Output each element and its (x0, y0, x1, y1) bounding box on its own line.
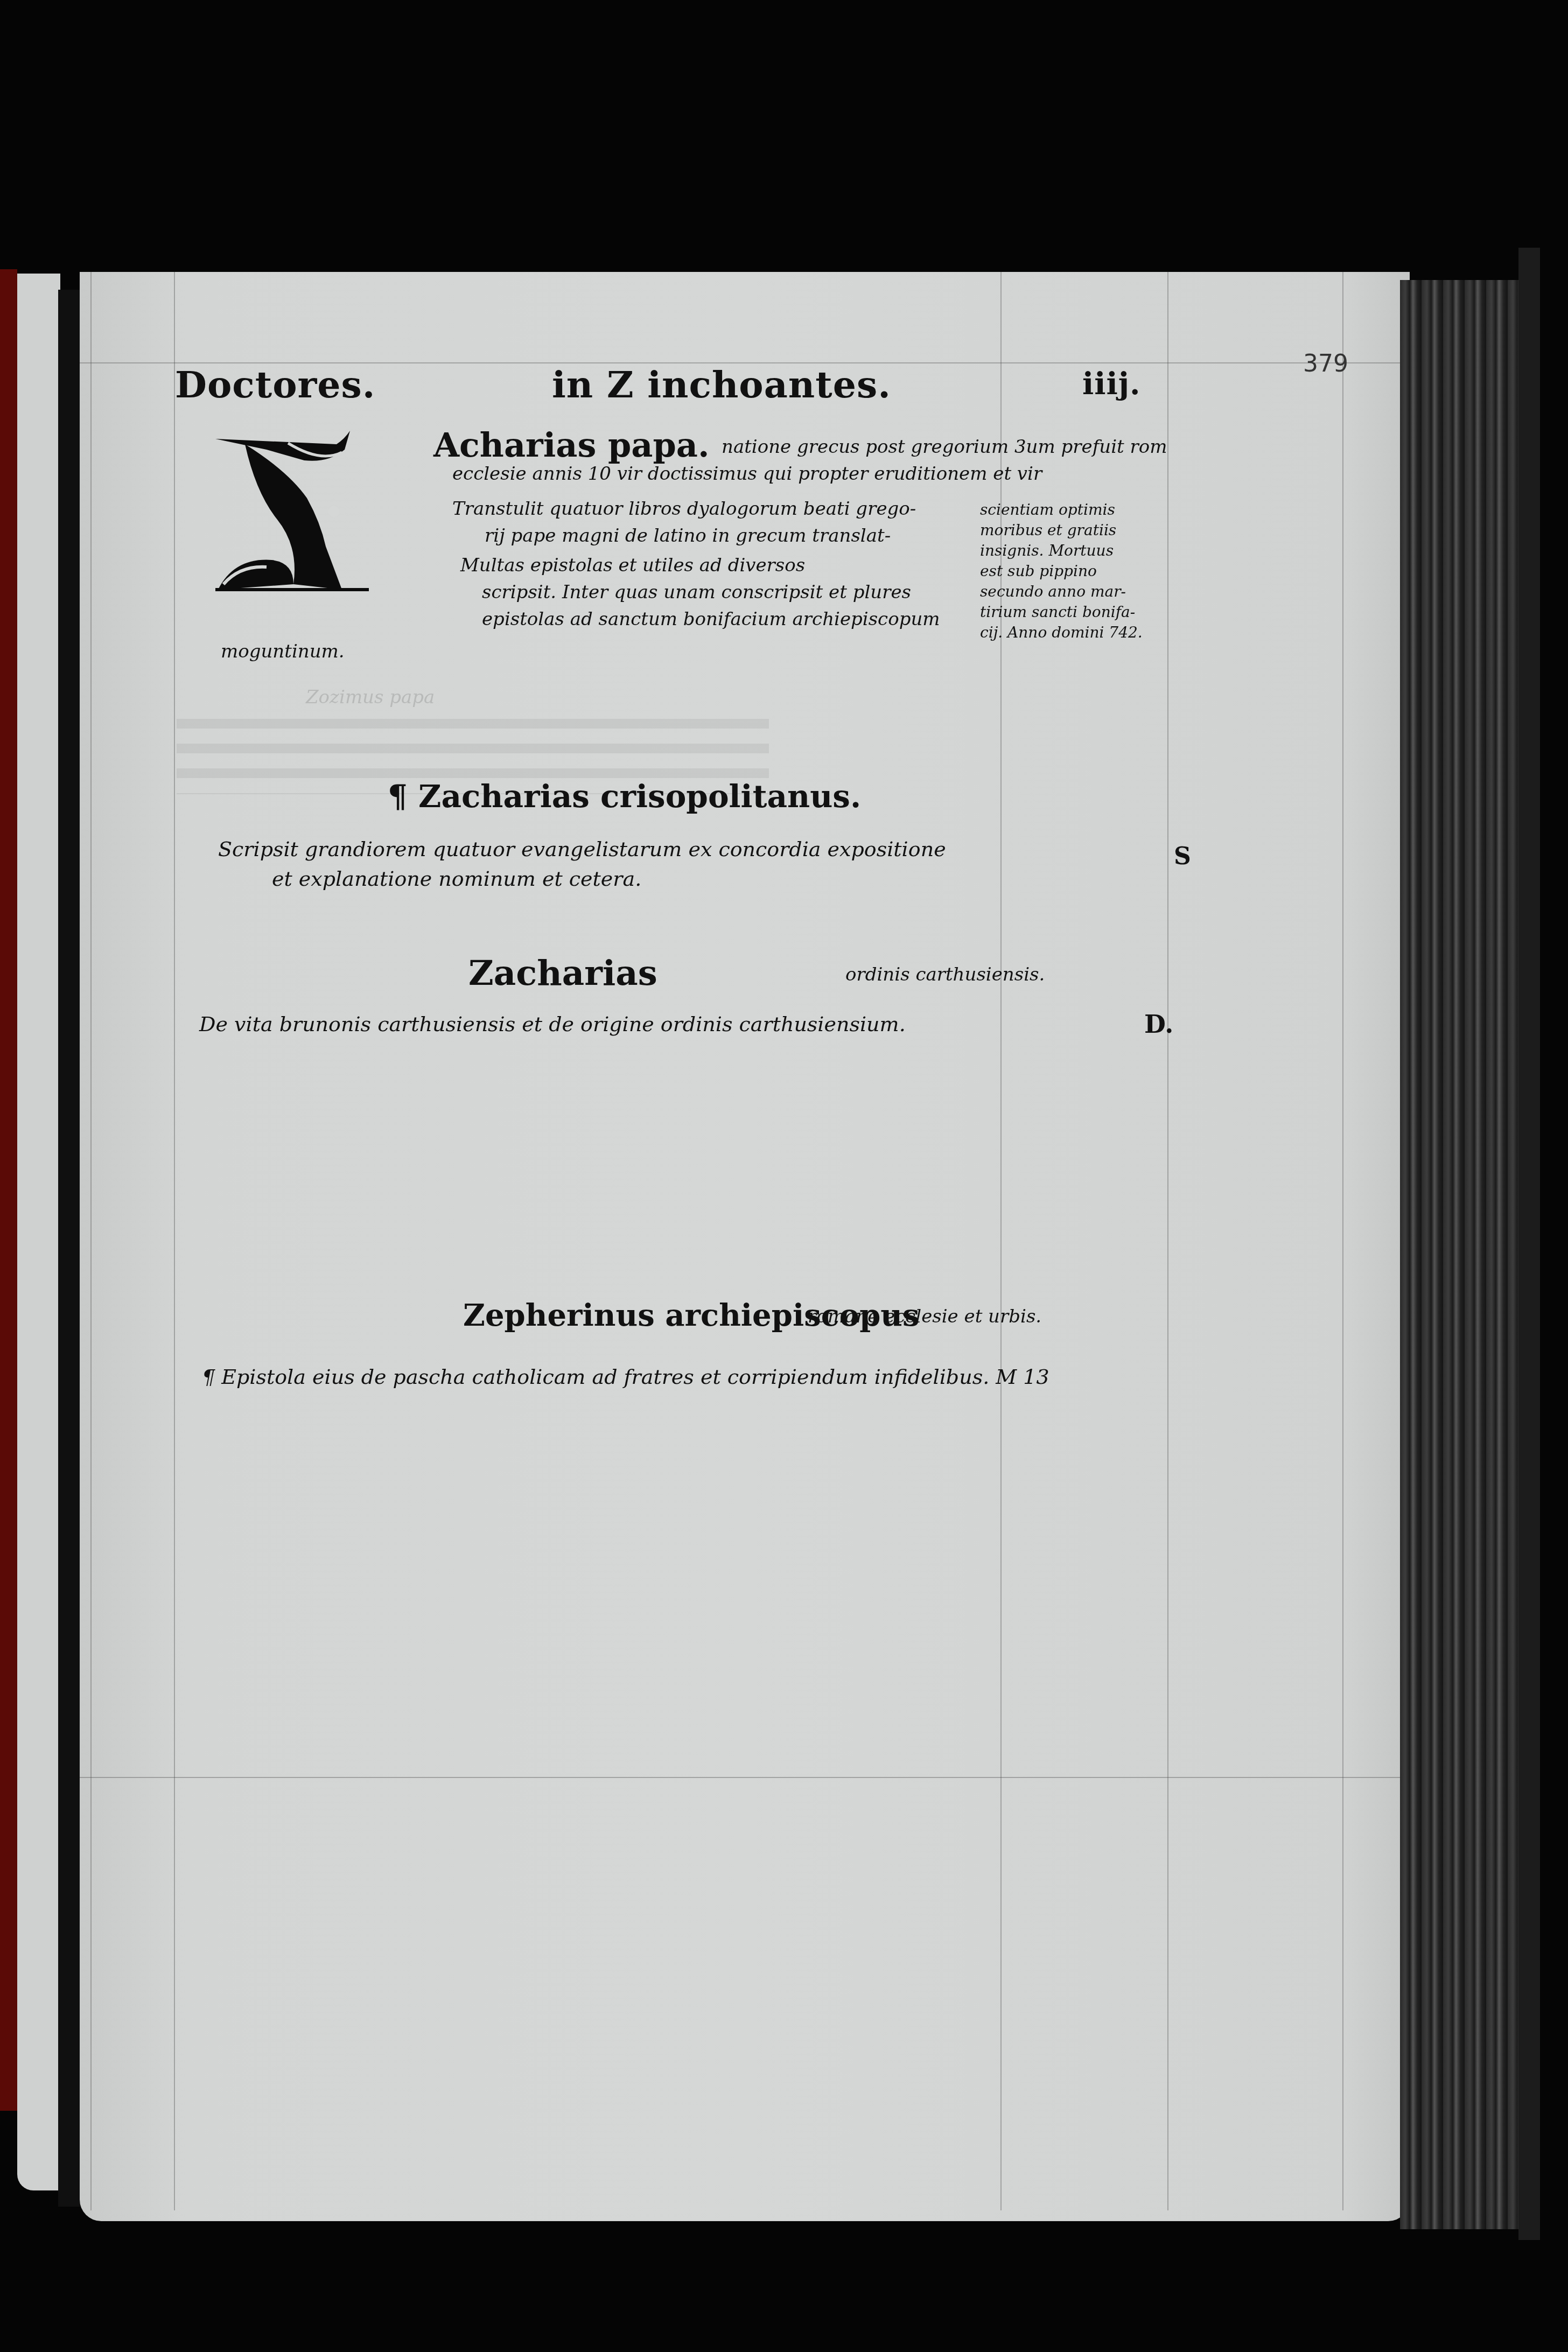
side-note-line: est sub pippino (980, 562, 1097, 580)
entry-title-zacharias-papa: Acharias papa. (433, 425, 710, 465)
margin-note: moguntinum. (221, 641, 345, 662)
initial-z-icon (213, 428, 444, 606)
entry-line: et explanatione nominum et cetera. (272, 867, 641, 891)
entry-line: natione grecus post gregorium 3um prefui… (722, 436, 1167, 458)
ruling-line-right-outer (1342, 272, 1343, 2210)
left-facing-page (17, 274, 60, 2190)
binding-edge (1518, 248, 1540, 2240)
side-note-line: cij. Anno domini 742. (980, 624, 1143, 641)
entry-subtitle: romane ecclesie et urbis. (808, 1306, 1041, 1327)
running-header-folio: iiij. (1082, 366, 1141, 402)
entry-line: scripsit. Inter quas unam conscripsit et… (482, 582, 911, 603)
running-header-center: in Z inchoantes. (552, 363, 891, 407)
entry-line: ecclesie annis 10 vir doctissimus qui pr… (452, 463, 1042, 485)
shelfmark: S (1174, 843, 1191, 870)
entry-line: Transtulit quatuor libros dyalogorum bea… (452, 498, 916, 520)
side-note-line: scientiam optimis (980, 501, 1115, 519)
left-page-cover-edge (0, 269, 17, 2111)
entry-subtitle: ordinis carthusiensis. (845, 964, 1045, 985)
entry-title-zacharias-carthusiensis: Zacharias (468, 953, 657, 993)
folio-number: 379 (1303, 350, 1348, 377)
decorated-initial-z (213, 428, 444, 606)
ruling-line-bottom (80, 1777, 1410, 1778)
entry-line: epistolas ad sanctum bonifacium archiepi… (482, 608, 940, 630)
entry-line: Multas epistolas et utiles ad diversos (460, 555, 805, 576)
entry-line: De vita brunonis carthusiensis et de ori… (199, 1012, 906, 1036)
show-through-text: Zozimus papa (306, 687, 435, 708)
running-header-left: Doctores. (175, 363, 376, 407)
shelfmark: D. (1144, 1010, 1173, 1039)
ruling-line-right-inner (1167, 272, 1168, 2210)
entry-line: ¶ Epistola eius de pascha catholicam ad … (202, 1365, 1049, 1389)
entry-title-zacharias-crisopolitanus: ¶ Zacharias crisopolitanus. (388, 778, 861, 815)
entry-line: Scripsit grandiorem quatuor evangelistar… (218, 837, 946, 861)
side-note-line: secundo anno mar- (980, 583, 1126, 600)
side-note-line: tirium sancti bonifa- (980, 603, 1135, 621)
entry-line: rij pape magni de latino in grecum trans… (485, 525, 891, 547)
ruling-line-left-inner (174, 272, 175, 2210)
book-fore-edge (1400, 280, 1524, 2229)
side-note-line: insignis. Mortuus (980, 542, 1114, 559)
side-note-line: moribus et gratiis (980, 521, 1116, 539)
ruling-line-left-outer (90, 272, 92, 2210)
book-gutter (58, 290, 81, 2207)
